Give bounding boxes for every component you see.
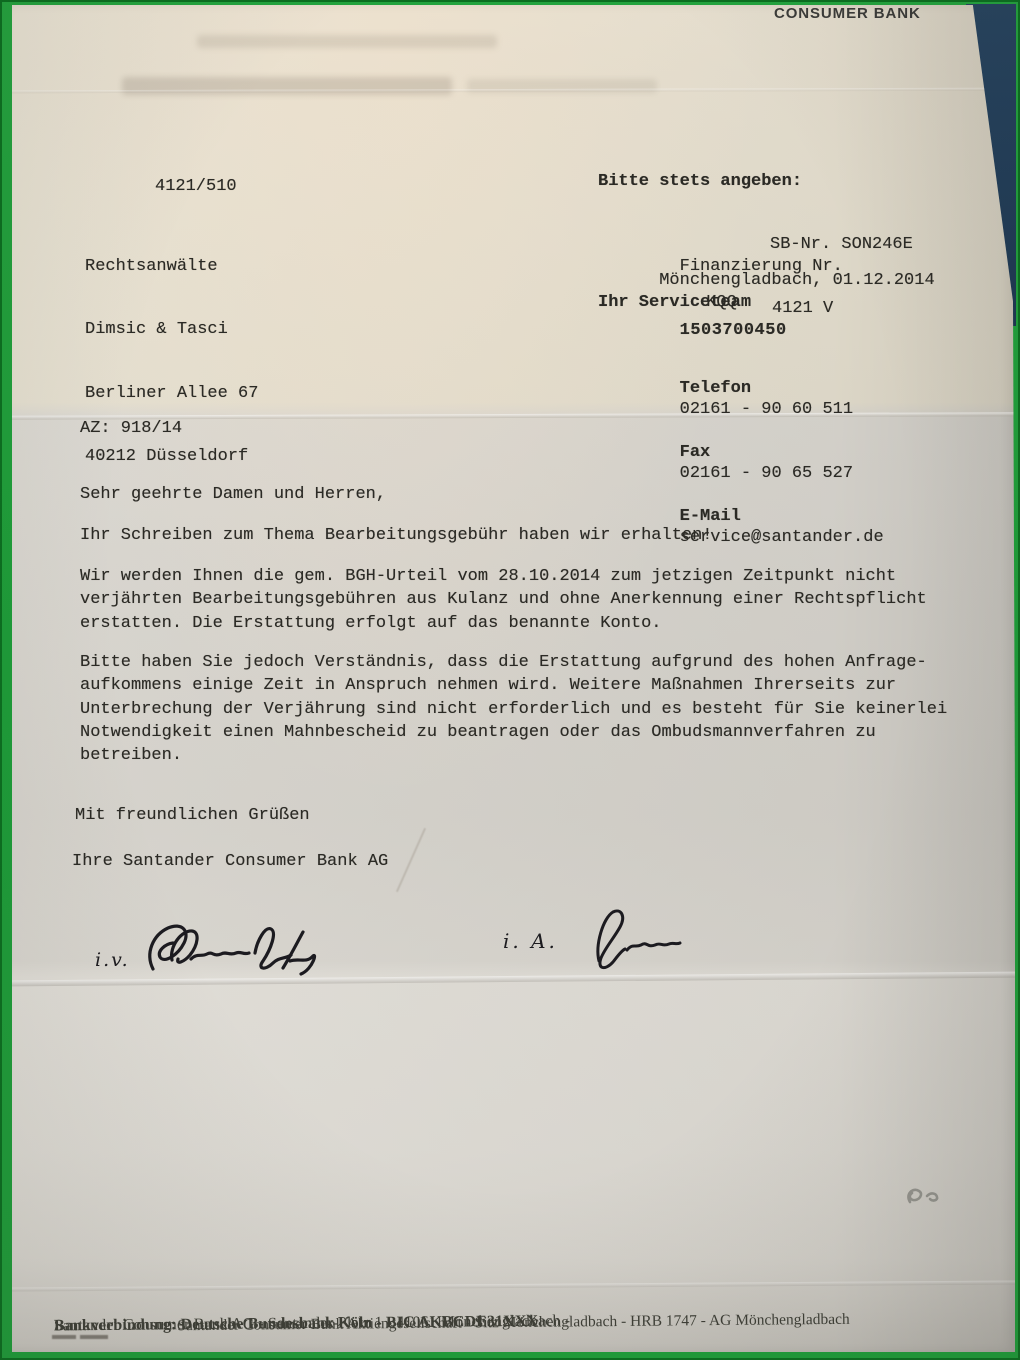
department-code: 4121/510: [155, 176, 237, 197]
recipient-line: Berliner Allee 67: [85, 383, 258, 404]
email-label: E-Mail: [680, 506, 760, 527]
signature-left: i.v.: [95, 915, 325, 987]
telefon-value: 02161 - 90 60 511: [680, 400, 853, 419]
pencil-mark: [900, 1183, 948, 1213]
photo-frame: CONSUMER BANK Bitte stets angeben: Finan…: [0, 0, 1020, 1360]
reference-heading: Bitte stets angeben:: [598, 171, 843, 192]
scan-scratch: [396, 828, 426, 893]
body-paragraph-2: Bitte haben Sie jedoch Verständnis, dass…: [80, 651, 947, 767]
contact-block: Telefon 02161 - 90 60 511 Fax 02161 - 90…: [598, 314, 884, 548]
contact-row-telefon: Telefon 02161 - 90 60 511: [598, 357, 884, 378]
signature-flourish-icon: [141, 915, 325, 987]
letter-paper: CONSUMER BANK Bitte stets angeben: Finan…: [12, 5, 1015, 1352]
place-date: Mönchengladbach, 01.12.2014: [659, 271, 934, 290]
signature-left-prefix: i.v.: [95, 949, 130, 971]
closing-line: Mit freundlichen Grüßen: [75, 805, 310, 826]
bleed-through-text: [197, 35, 497, 48]
signoff-line: Ihre Santander Consumer Bank AG: [72, 851, 388, 872]
body-paragraph-1: Wir werden Ihnen die gem. BGH-Urteil vom…: [80, 565, 927, 635]
signature-right: i. A.: [503, 903, 683, 975]
recipient-line: Rechtsanwälte: [85, 256, 258, 277]
recipient-address: Rechtsanwälte Dimsic & Tasci Berliner Al…: [85, 213, 258, 510]
paper-crease: [12, 972, 1015, 987]
recipient-line: 40212 Düsseldorf: [85, 446, 258, 467]
signature-flourish-icon: [585, 903, 685, 975]
contact-row-fax: Fax 02161 - 90 65 527: [598, 420, 884, 441]
footer: Santander Consumer Bank AG - Santander-P…: [12, 1308, 1015, 1337]
brand-logo: CONSUMER BANK: [774, 5, 921, 21]
fax-label: Fax: [680, 442, 760, 463]
salutation: Sehr geehrte Damen und Herren,: [80, 484, 386, 505]
contact-row-email: E-Mail service@santander.de: [598, 484, 884, 505]
serviceteam-heading: Ihr Serviceteam: [598, 292, 751, 313]
bleed-through-text: [122, 77, 452, 95]
file-reference: AZ: 918/14: [80, 418, 182, 439]
paper-crease: [12, 1280, 1015, 1291]
fax-value: 02161 - 90 65 527: [680, 464, 853, 483]
telefon-label: Telefon: [680, 378, 760, 399]
signature-right-prefix: i. A.: [503, 929, 558, 953]
bleed-through-text: [467, 79, 657, 93]
footer-line-2: Santander Consumer Bank Aktiengesellscha…: [12, 1309, 1015, 1337]
recipient-line: Dimsic & Tasci: [85, 319, 258, 340]
intro-line: Ihr Schreiben zum Thema Bearbeitungsgebü…: [80, 525, 713, 546]
